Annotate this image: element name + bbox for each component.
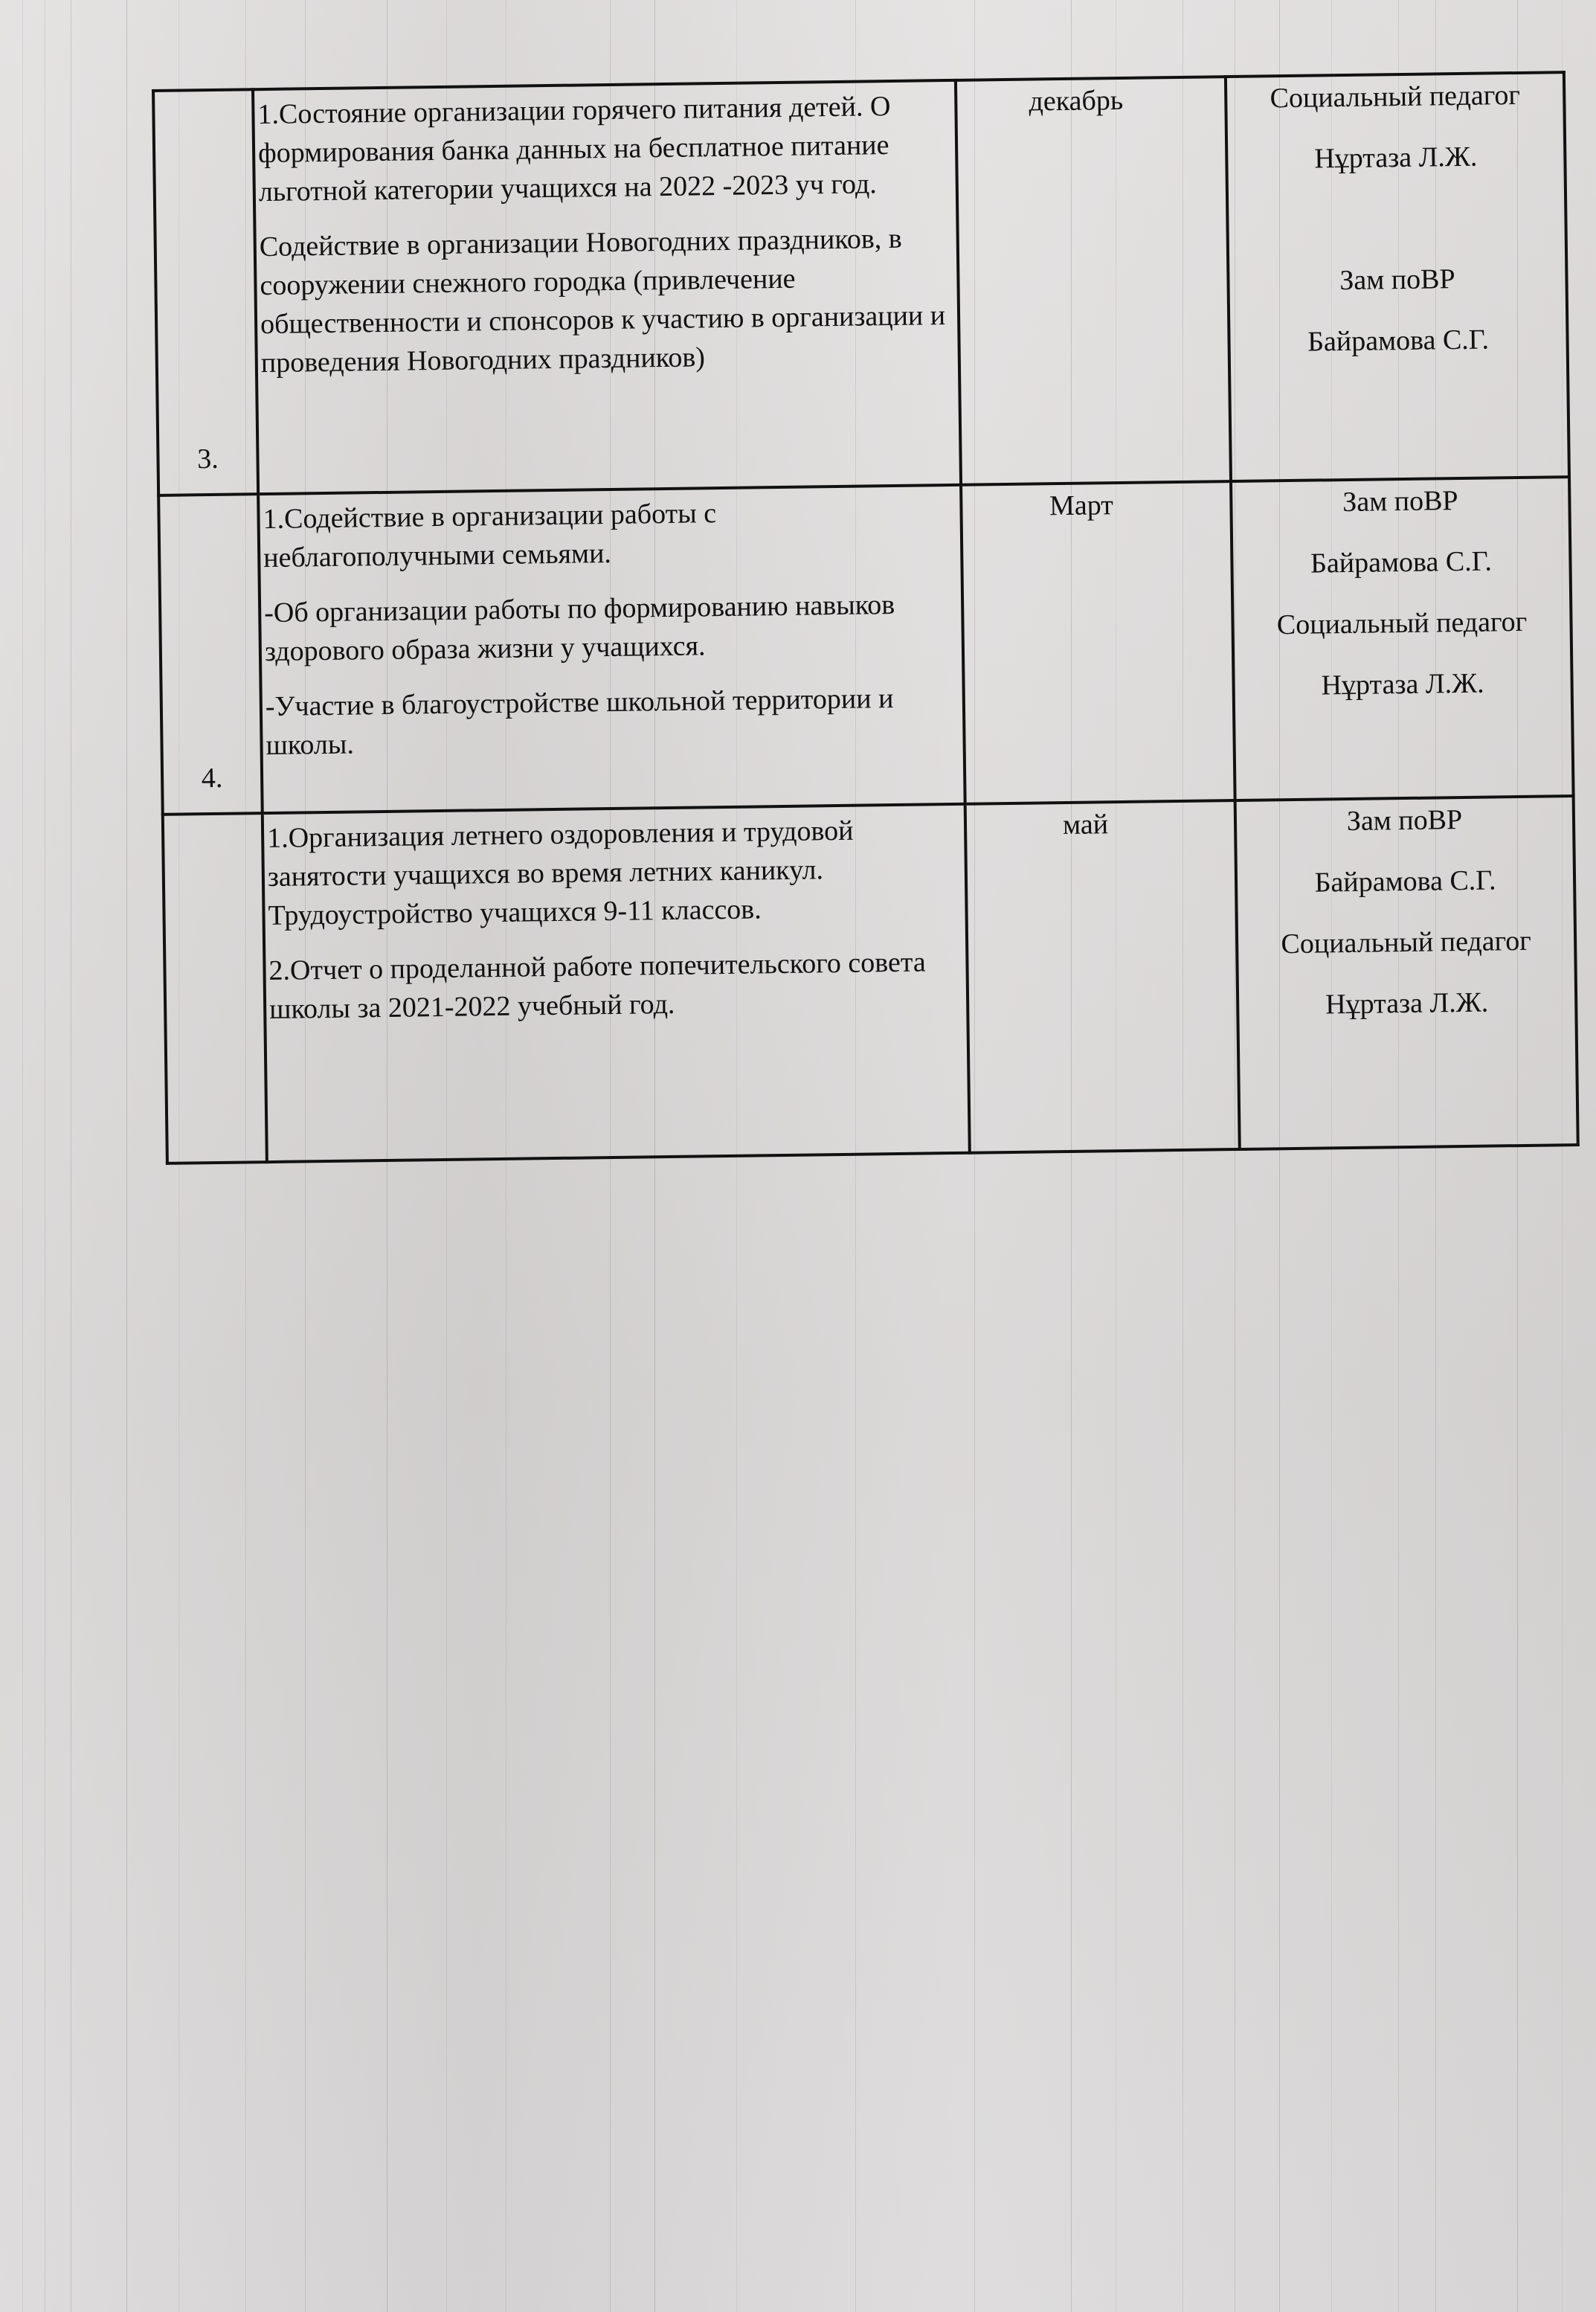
responsible-cell: Зам поВР Байрамова С.Г. Социальный педаг… — [1231, 477, 1574, 800]
table-row: 1.Организация летнего оздоровления и тру… — [163, 796, 1578, 1163]
responsible-person: Нұртаза Л.Ж. — [1239, 982, 1575, 1025]
activity-text: -Участие в благоустройстве школьной терр… — [266, 678, 957, 765]
activity-cell: 1.Состояние организации горячего питания… — [253, 80, 961, 494]
activity-text: 2.Отчет о проделанной работе попечительс… — [268, 943, 960, 1029]
date-cell: май — [965, 800, 1240, 1153]
date-cell: декабрь — [956, 77, 1231, 485]
responsible-person: Нұртаза Л.Ж. — [1235, 663, 1571, 706]
activity-text: Содействие в организации Новогодних праз… — [259, 219, 952, 382]
date-cell: Март — [961, 481, 1235, 804]
activity-text: -Об организации работы по формированию н… — [264, 585, 956, 671]
row-number: 3. — [153, 89, 258, 495]
responsible-person: Байрамова С.Г. — [1238, 860, 1574, 903]
responsible-role: Зам поВР — [1237, 799, 1573, 842]
responsible-role: Зам поВР — [1229, 258, 1566, 301]
activity-cell: 1.Организация летнего оздоровления и тру… — [263, 804, 970, 1162]
table-row: 4. 1.Содействие в организации работы с н… — [158, 477, 1573, 815]
responsible-role: Социальный педагог — [1234, 602, 1570, 645]
activity-text: 1.Организация летнего оздоровления и тру… — [267, 810, 959, 935]
activity-cell: 1.Содействие в организации работы с небл… — [258, 485, 965, 813]
activity-text: 1.Содействие в организации работы с небл… — [263, 491, 954, 577]
row-number: 4. — [158, 494, 263, 815]
responsible-cell: Социальный педагог Нұртаза Л.Ж. Зам поВР… — [1226, 72, 1569, 481]
responsible-cell: Зам поВР Байрамова С.Г. Социальный педаг… — [1235, 796, 1578, 1149]
responsible-person: Нұртаза Л.Ж. — [1228, 136, 1564, 179]
responsible-role: Зам поВР — [1232, 480, 1568, 523]
responsible-role: Социальный педагог — [1227, 75, 1563, 118]
plan-table: 3. 1.Состояние организации горячего пита… — [152, 71, 1580, 1165]
plan-table-container: 3. 1.Состояние организации горячего пита… — [152, 71, 1577, 1165]
responsible-person: Байрамова С.Г. — [1230, 319, 1566, 362]
table-row: 3. 1.Состояние организации горячего пита… — [153, 72, 1569, 495]
activity-text: 1.Состояние организации горячего питания… — [257, 86, 950, 211]
responsible-person: Байрамова С.Г. — [1233, 541, 1569, 584]
row-number — [163, 813, 267, 1163]
responsible-role: Социальный педагог — [1238, 921, 1574, 964]
